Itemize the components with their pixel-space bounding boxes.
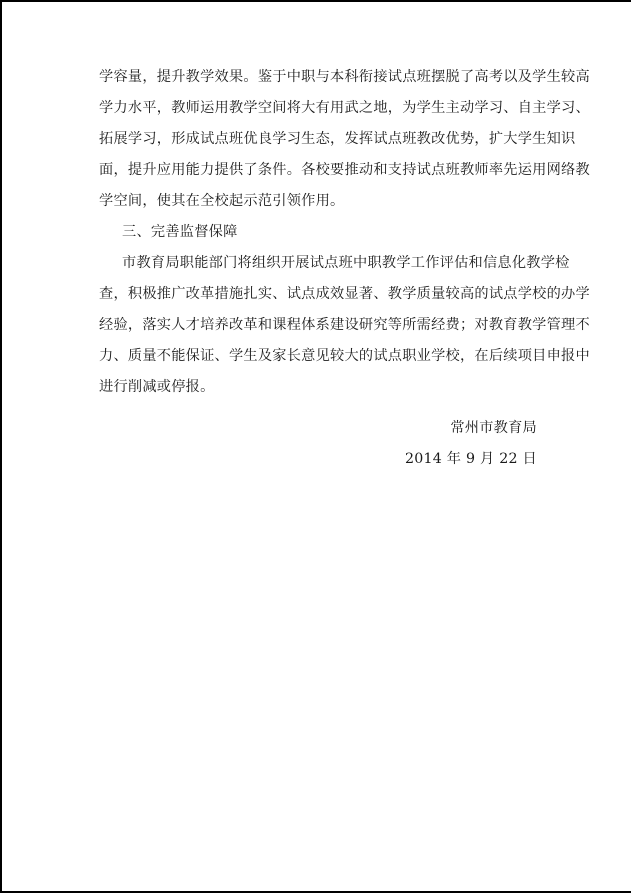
signature-organization: 常州市教育局 [450,419,537,437]
paragraph-2-line-5: 进行削减或停报。 [99,378,215,396]
paragraph-2-line-2: 查，积极推广改革措施扎实、试点成效显著、教学质量较高的试点学校的办学 [99,285,590,303]
paragraph-1-line-5: 学空间，使其在全校起示范引领作用。 [99,192,344,210]
section-heading: 三、完善监督保障 [122,223,238,241]
signature-date: 2014 年 9 月 22 日 [405,450,537,468]
paragraph-1-line-3: 拓展学习，形成试点班优良学习生态，发挥试点班教改优势，扩大学生知识 [99,130,575,148]
document-page: 学容量，提升教学效果。鉴于中职与本科衔接试点班摆脱了高考以及学生较高 学力水平，… [0,0,631,893]
paragraph-2-line-1: 市教育局职能部门将组织开展试点班中职教学工作评估和信息化教学检 [122,254,570,272]
paragraph-1-line-2: 学力水平，教师运用教学空间将大有用武之地，为学生主动学习、自主学习、 [99,99,590,117]
paragraph-1-line-1: 学容量，提升教学效果。鉴于中职与本科衔接试点班摆脱了高考以及学生较高 [99,68,590,86]
paragraph-2-line-3: 经验，落实人才培养改革和课程体系建设研究等所需经费；对教育教学管理不 [99,316,590,334]
paragraph-1-line-4: 面，提升应用能力提供了条件。各校要推动和支持试点班教师率先运用网络教 [99,161,590,179]
paragraph-2-line-4: 力、质量不能保证、学生及家长意见较大的试点职业学校，在后续项目申报中 [99,347,590,365]
